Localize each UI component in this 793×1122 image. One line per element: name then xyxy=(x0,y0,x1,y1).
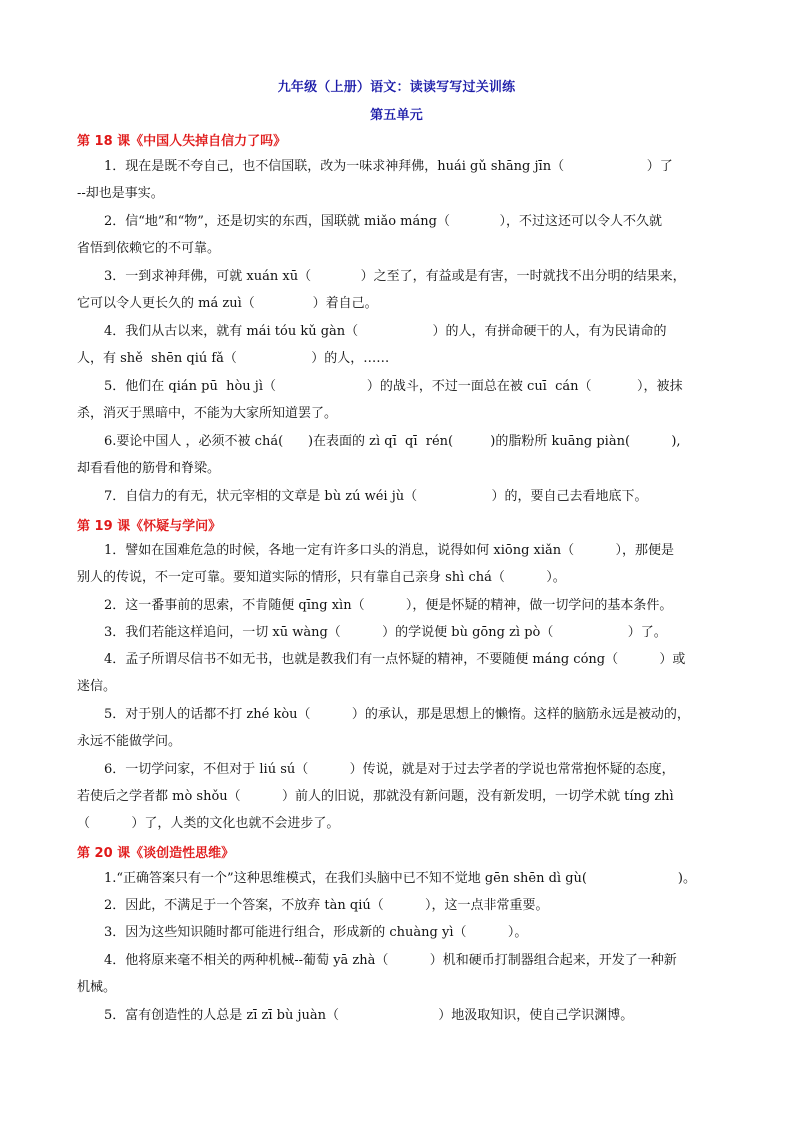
lesson-18-q4-line1: 4．我们从古以来，就有 mái tóu kǔ gàn（ ）的人，有拼命硬干的人，… xyxy=(104,324,667,340)
lesson-18-q2-line1: 2．信“地”和“物”，还是切实的东西，国联就 miǎo máng（ ），不过这还… xyxy=(104,214,662,230)
lesson-18-q3-line1: 3．一到求神拜佛，可就 xuán xū（ ）之至了，有益或是有害，一时就找不出分… xyxy=(104,269,686,285)
lesson-19-q4-line1: 4．孟子所谓尽信书不如无书，也就是教我们有一点怀疑的精神，不要随便 máng c… xyxy=(104,652,685,668)
lesson-20-q5-line1: 5．富有创造性的人总是 zī zī bù juàn（ ）地汲取知识，使自己学识渊… xyxy=(104,1008,633,1024)
lesson-19-q6-line3: （ ）了，人类的文化也就不会进步了。 xyxy=(77,816,339,832)
lesson-19-q1-line1: 1．譬如在国难危急的时候，各地一定有许多口头的消息，说得如何 xiōng xiǎ… xyxy=(104,543,674,559)
lesson-18-q5-line1: 5．他们在 qián pū hòu jì（ ）的战斗，不过一面总在被 cuī c… xyxy=(104,379,682,395)
unit-title: 第五单元 xyxy=(0,104,793,123)
document-title: 九年级（上册）语文：读读写写过关训练 xyxy=(0,76,793,95)
lesson-18-q6-line1: 6.要论中国人 ，必须不被 chá( )在表面的 zì qī qī rén( )… xyxy=(104,434,681,450)
lesson-19-q1-line2: 别人的传说，不一定可靠。要知道实际的情形，只有靠自己亲身 shì chá（ ）。 xyxy=(77,570,566,586)
lesson-19-q5-line1: 5．对于别人的话都不打 zhé kòu（ ）的承认，那是思想上的懒惰。这样的脑筋… xyxy=(104,707,690,723)
lesson-19-q6-line1: 6．一切学问家，不但对于 liú sú（ ）传说，就是对于过去学者的学说也常常抱… xyxy=(104,762,675,778)
lesson-19-q4-line2: 迷信。 xyxy=(77,679,116,695)
lesson-20-q4-line2: 机械。 xyxy=(77,980,116,996)
lesson-20-q1-line1: 1.“正确答案只有一个”这种思维模式，在我们头脑中已不知不觉地 gēn shēn… xyxy=(104,871,696,887)
lesson-18-q1-line1: 1．现在是既不夸自己，也不信国联，改为一味求神拜佛，huái gǔ shāng … xyxy=(104,159,673,175)
lesson-20-q3-line1: 3．因为这些知识随时都可能进行组合，形成新的 chuàng yì（ ）。 xyxy=(104,925,527,941)
lesson-19-q3-line1: 3．我们若能这样追问，一切 xū wàng（ ）的学说便 bù gōng zì … xyxy=(104,625,667,641)
lesson-20-q4-line1: 4．他将原来毫不相关的两种机械--葡萄 yā zhà（ ）机和硬币打制器组合起来… xyxy=(104,953,677,969)
lesson-20-header: 第 20 课《谈创造性思维》 xyxy=(77,842,234,861)
lesson-19-q6-line2: 若使后之学者都 mò shǒu（ ）前人的旧说，那就没有新问题，没有新发明，一切… xyxy=(77,789,674,805)
lesson-18-q2-line2: 省悟到依赖它的不可靠。 xyxy=(77,241,220,257)
lesson-18-q7-line1: 7．自信力的有无，状元宰相的文章是 bù zú wéi jù（ ）的，要自己去看… xyxy=(104,489,647,505)
lesson-18-header: 第 18 课《中国人失掉自信力了吗》 xyxy=(77,130,286,149)
lesson-19-q5-line2: 永远不能做学问。 xyxy=(77,734,181,750)
lesson-18-q1-line2: --却也是事实。 xyxy=(77,186,164,202)
lesson-18-q5-line2: 杀，消灭于黑暗中，不能为大家所知道罢了。 xyxy=(77,406,337,422)
lesson-19-q2-line1: 2．这一番事前的思索，不肯随便 qīng xìn（ ），便是怀疑的精神，做一切学… xyxy=(104,598,672,614)
lesson-18-q6-line2: 却看看他的筋骨和脊梁。 xyxy=(77,461,220,477)
lesson-20-q2-line1: 2．因此，不满足于一个答案，不放弃 tàn qiú（ ），这一点非常重要。 xyxy=(104,898,549,914)
lesson-18-q4-line2: 人，有 shě shēn qiú fǎ（ ）的人，…… xyxy=(77,351,389,367)
document-page: 九年级（上册）语文：读读写写过关训练 第五单元 第 18 课《中国人失掉自信力了… xyxy=(0,0,793,1122)
lesson-18-q3-line2: 它可以令人更长久的 má zuì（ ）着自己。 xyxy=(77,296,378,312)
lesson-19-header: 第 19 课《怀疑与学问》 xyxy=(77,515,221,534)
